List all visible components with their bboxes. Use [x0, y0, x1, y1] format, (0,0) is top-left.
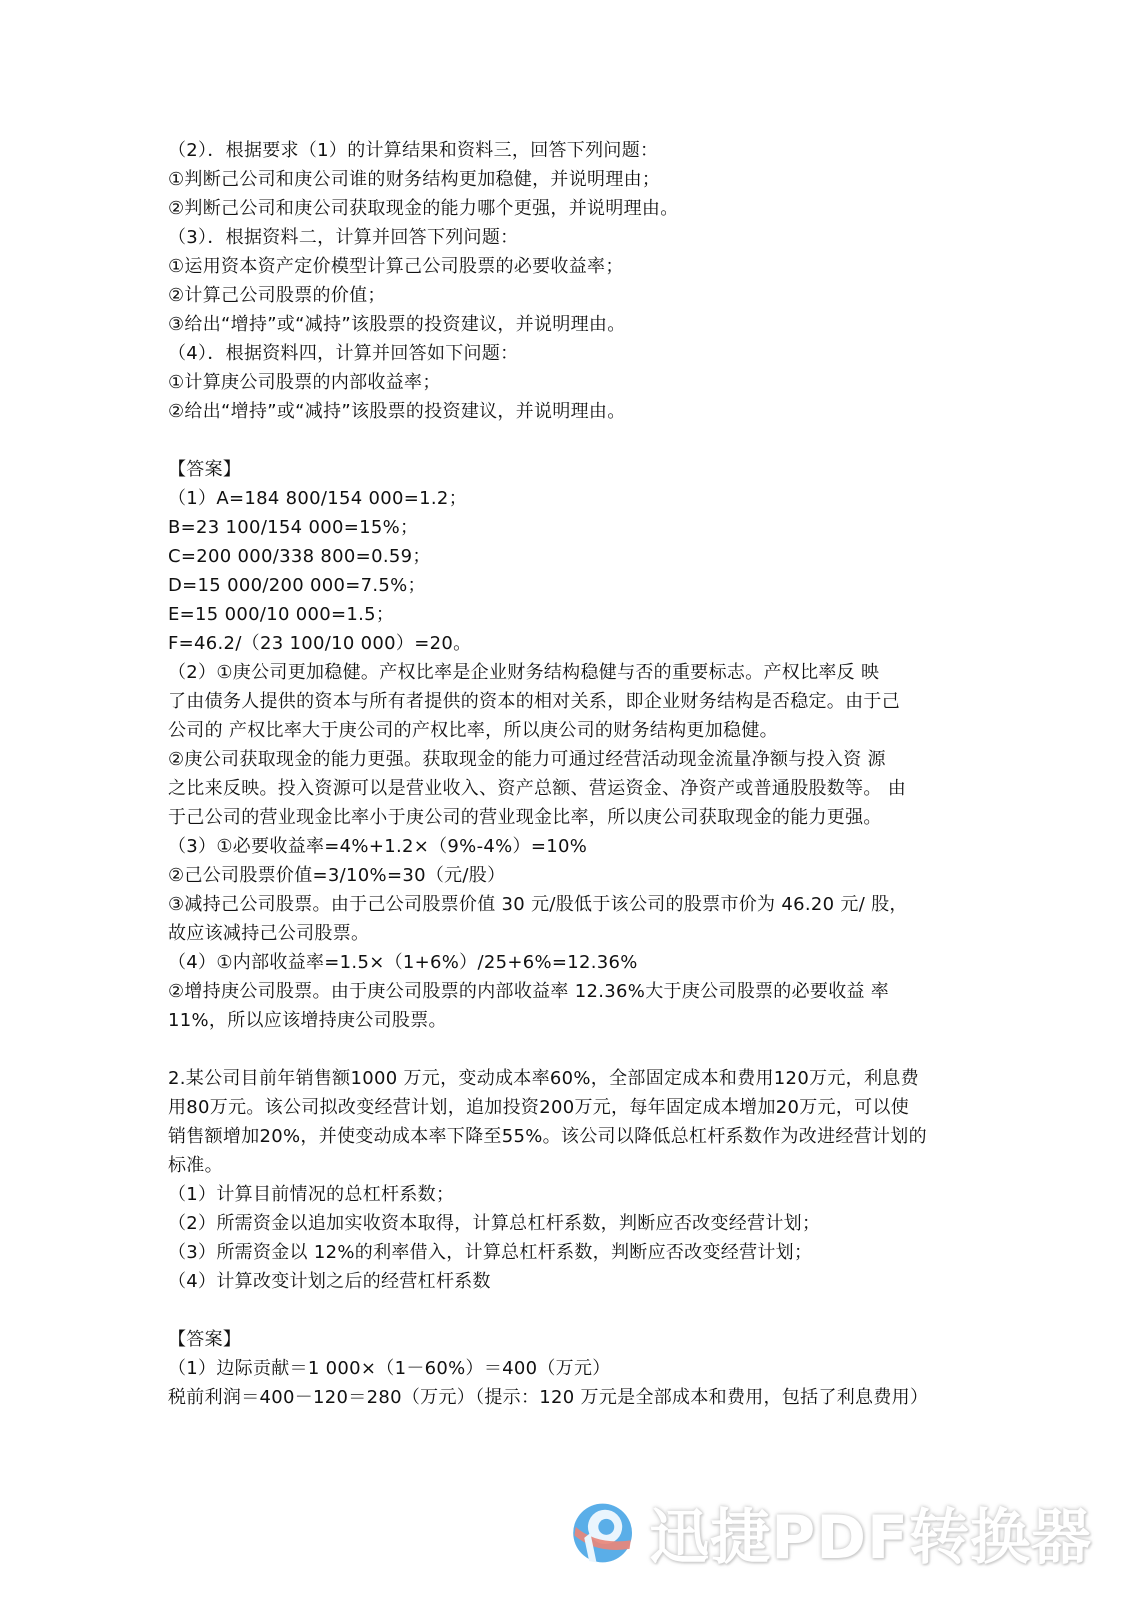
answer-line: D=15 000/200 000=7.5%； — [168, 571, 958, 600]
question-line: ②给出“增持”或“减持”该股票的投资建议，并说明理由。 — [168, 397, 958, 426]
answer-line: （4）①内部收益率=1.5×（1+6%）/25+6%=12.36% — [168, 948, 958, 977]
answer-line: F=46.2/（23 100/10 000）=20。 — [168, 629, 958, 658]
answer-line: 故应该减持己公司股票。 — [168, 919, 958, 948]
answer-line: ②增持庚公司股票。由于庚公司股票的内部收益率 12.36%大于庚公司股票的必要收… — [168, 977, 958, 1006]
question-line: ①计算庚公司股票的内部收益率； — [168, 368, 958, 397]
spacer — [168, 1296, 958, 1325]
question-line: ①判断己公司和庚公司谁的财务结构更加稳健，并说明理由； — [168, 165, 958, 194]
question-line: ③给出“增持”或“减持”该股票的投资建议，并说明理由。 — [168, 310, 958, 339]
answer-line: ③减持己公司股票。由于己公司股票价值 30 元/股低于该公司的股票市价为 46.… — [168, 890, 958, 919]
answer-heading: 【答案】 — [168, 1325, 958, 1354]
question-line: （3）．根据资料二，计算并回答下列问题： — [168, 223, 958, 252]
answer-line: （2）①庚公司更加稳健。产权比率是企业财务结构稳健与否的重要标志。产权比率反 映 — [168, 658, 958, 687]
question-line: （1）计算目前情况的总杠杆系数； — [168, 1180, 958, 1209]
question-line: （4）计算改变计划之后的经营杠杆系数 — [168, 1267, 958, 1296]
answer-section-1: 【答案】 （1）A=184 800/154 000=1.2； B=23 100/… — [168, 455, 958, 1035]
question-line: ①运用资本资产定价模型计算己公司股票的必要收益率； — [168, 252, 958, 281]
question-line: 用80万元。该公司拟改变经营计划，追加投资200万元，每年固定成本增加20万元，… — [168, 1093, 958, 1122]
question-line: 销售额增加20%，并使变动成本率下降至55%。该公司以降低总杠杆系数作为改进经营… — [168, 1122, 958, 1151]
question-2: 2.某公司目前年销售额1000 万元，变动成本率60%，全部固定成本和费用120… — [168, 1064, 958, 1296]
answer-line: 公司的 产权比率大于庚公司的产权比率，所以庚公司的财务结构更加稳健。 — [168, 716, 958, 745]
answer-line: 于己公司的营业现金比率小于庚公司的营业现金比率，所以庚公司获取现金的能力更强。 — [168, 803, 958, 832]
answer-section-2: 【答案】 （1）边际贡献＝1 000×（1－60%）＝400（万元） 税前利润＝… — [168, 1325, 958, 1412]
answer-line: B=23 100/154 000=15%； — [168, 513, 958, 542]
spacer — [168, 426, 958, 455]
watermark: 迅捷PDF转换器 — [572, 1488, 1092, 1578]
answer-line: （1）A=184 800/154 000=1.2； — [168, 484, 958, 513]
question-line: （3）所需资金以 12%的利率借入，计算总杠杆系数，判断应否改变经营计划； — [168, 1238, 958, 1267]
question-line: （4）．根据资料四，计算并回答如下问题： — [168, 339, 958, 368]
answer-line: 11%，所以应该增持庚公司股票。 — [168, 1006, 958, 1035]
document-page: （2）．根据要求（1）的计算结果和资料三，回答下列问题： ①判断己公司和庚公司谁… — [168, 136, 958, 1412]
answer-line: 之比来反映。投入资源可以是营业收入、资产总额、营运资金、净资产或普通股股数等。 … — [168, 774, 958, 803]
answer-line: （3）①必要收益率=4%+1.2×（9%-4%）=10% — [168, 832, 958, 861]
question-line: （2）所需资金以追加实收资本取得，计算总杠杆系数，判断应否改变经营计划； — [168, 1209, 958, 1238]
question-line: ②计算己公司股票的价值； — [168, 281, 958, 310]
watermark-text: 迅捷PDF转换器 — [649, 1490, 1092, 1576]
xunjie-pdf-logo-icon — [572, 1491, 633, 1575]
answer-heading: 【答案】 — [168, 455, 958, 484]
question-line: ②判断己公司和庚公司获取现金的能力哪个更强，并说明理由。 — [168, 194, 958, 223]
question-line: 2.某公司目前年销售额1000 万元，变动成本率60%，全部固定成本和费用120… — [168, 1064, 958, 1093]
answer-line: E=15 000/10 000=1.5； — [168, 600, 958, 629]
question-line: 标准。 — [168, 1151, 958, 1180]
answer-line: 税前利润＝400－120＝280（万元）（提示：120 万元是全部成本和费用，包… — [168, 1383, 958, 1412]
question-line: （2）．根据要求（1）的计算结果和资料三，回答下列问题： — [168, 136, 958, 165]
answer-line: ②庚公司获取现金的能力更强。获取现金的能力可通过经营活动现金流量净额与投入资 源 — [168, 745, 958, 774]
answer-line: C=200 000/338 800=0.59； — [168, 542, 958, 571]
answer-line: （1）边际贡献＝1 000×（1－60%）＝400（万元） — [168, 1354, 958, 1383]
questions-part1: （2）．根据要求（1）的计算结果和资料三，回答下列问题： ①判断己公司和庚公司谁… — [168, 136, 958, 426]
spacer — [168, 1035, 958, 1064]
answer-line: 了由债务人提供的资本与所有者提供的资本的相对关系，即企业财务结构是否稳定。由于己 — [168, 687, 958, 716]
answer-line: ②己公司股票价值=3/10%=30（元/股） — [168, 861, 958, 890]
